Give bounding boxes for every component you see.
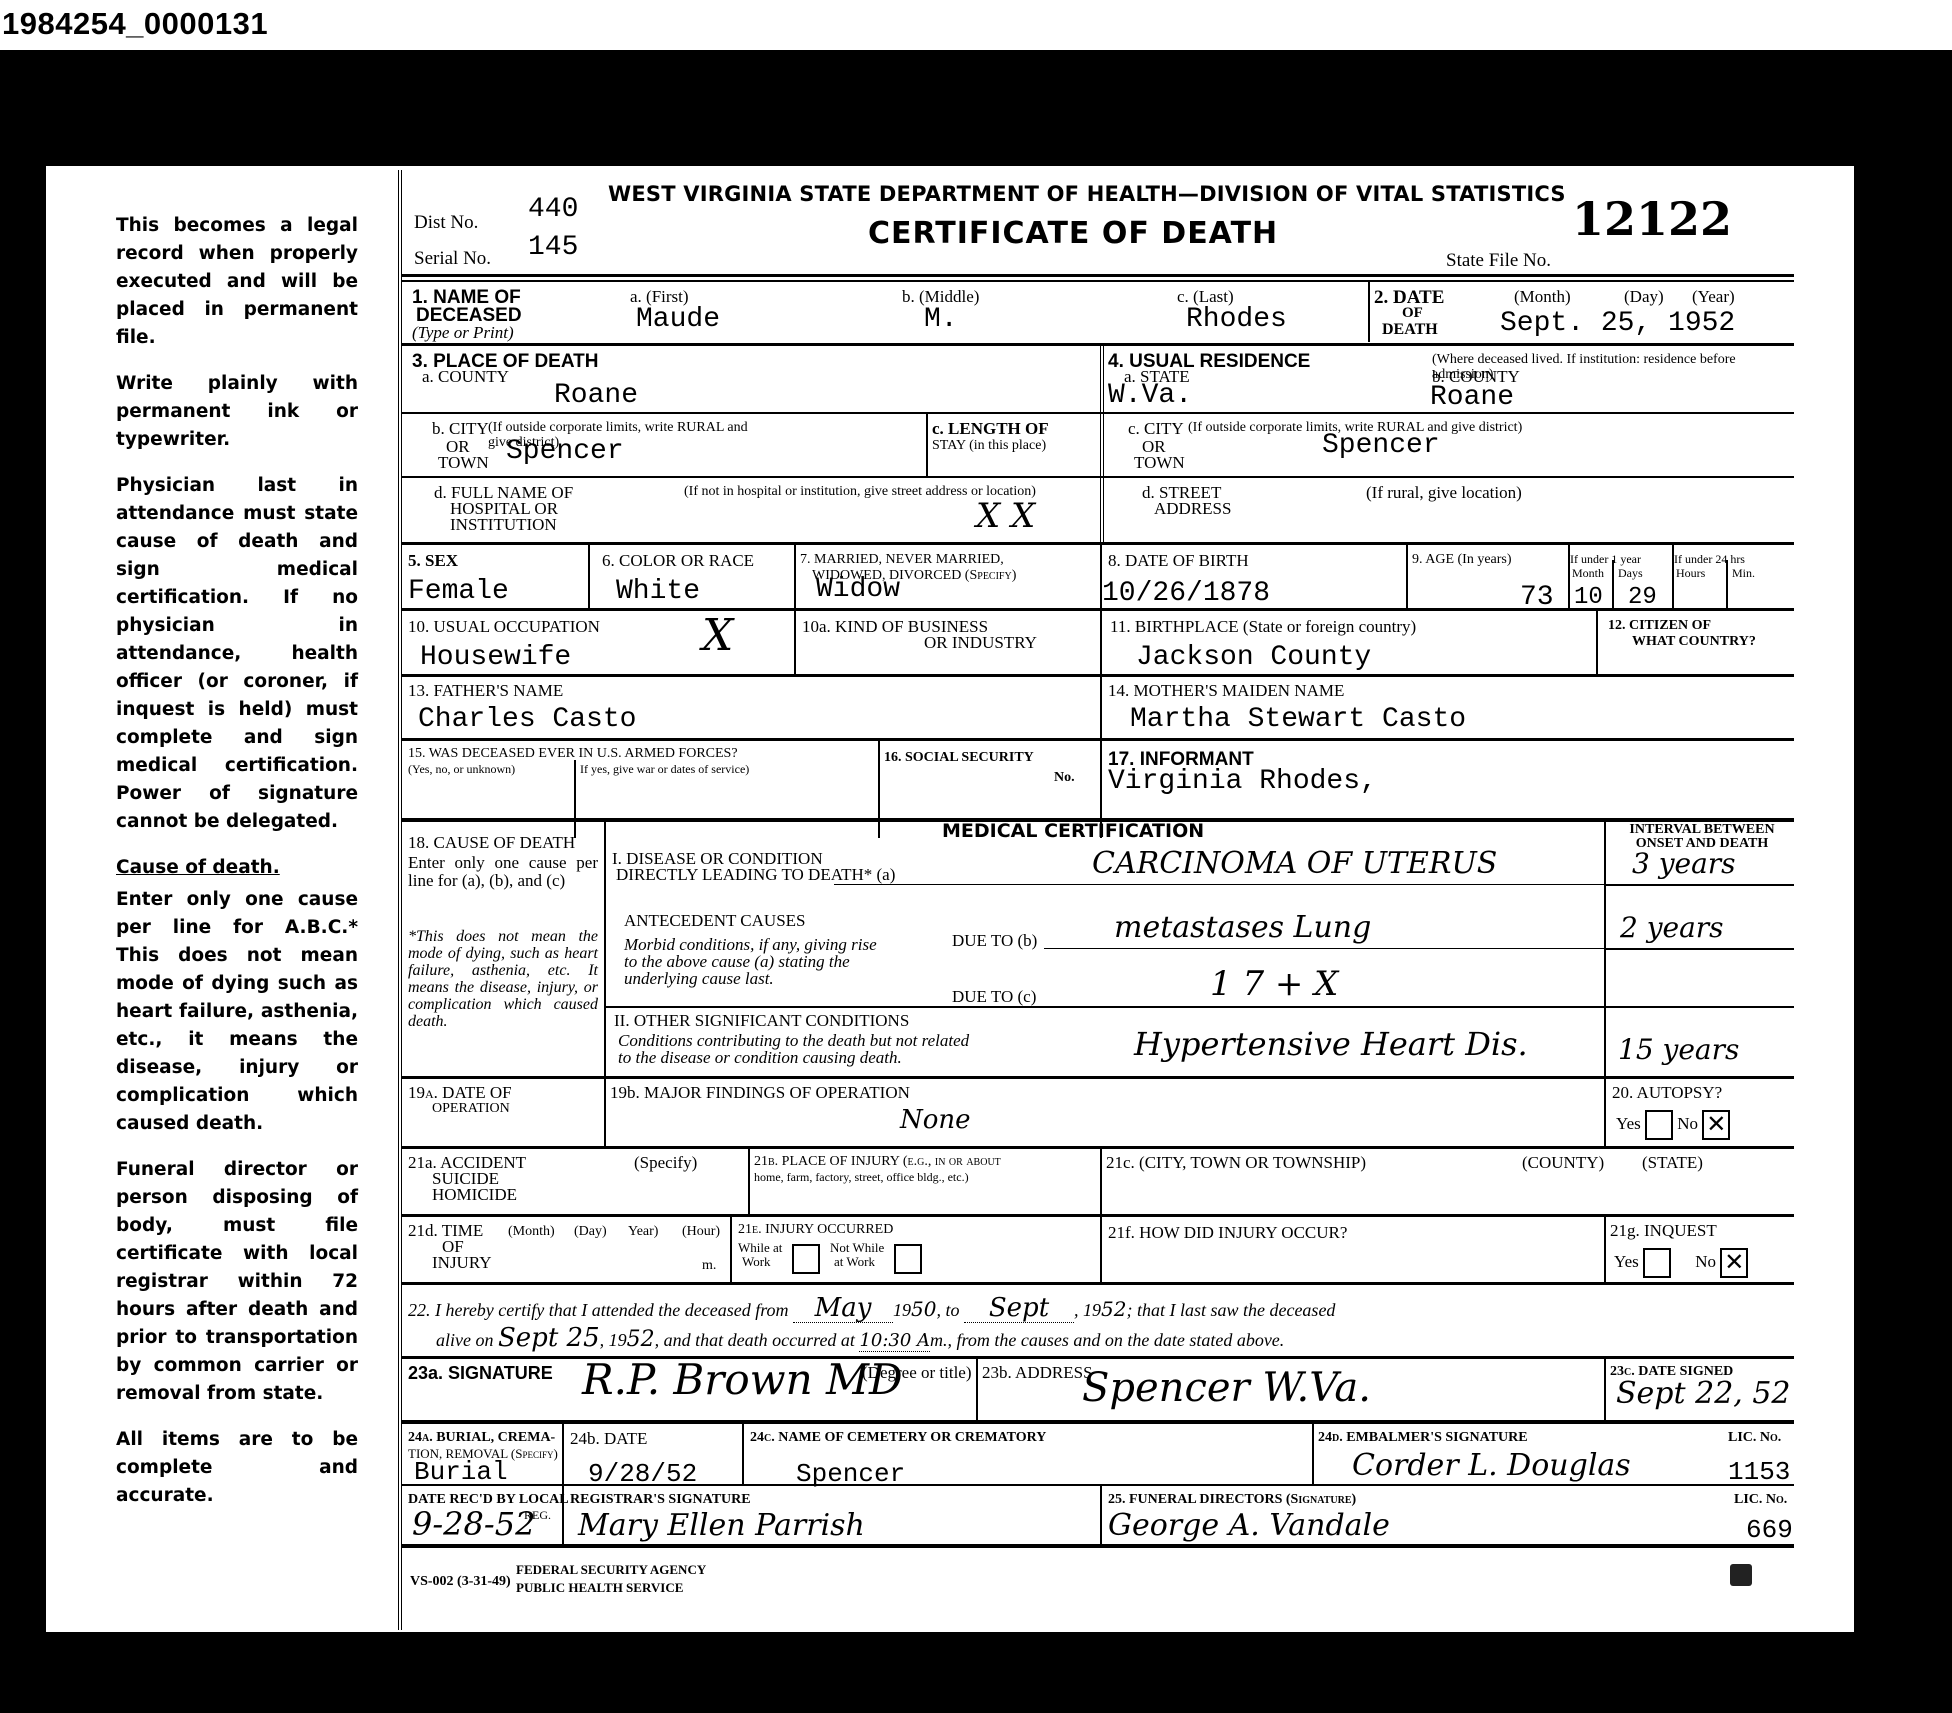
alive-on-text: alive on <box>436 1330 493 1350</box>
marital-value: Widow <box>816 576 900 604</box>
date-of-death-label-death: DEATH <box>1382 320 1438 339</box>
date-of-death-value: Sept. 25, 1952 <box>1500 310 1735 338</box>
certificate-form: WEST VIRGINIA STATE DEPARTMENT OF HEALTH… <box>398 170 1794 1630</box>
operation-findings-label: 19b. MAJOR FINDINGS OF OPERATION <box>610 1084 910 1102</box>
first-name-value: Maude <box>636 306 720 334</box>
disposition-label: 24a. BURIAL, CREMA- <box>408 1430 555 1445</box>
while-at-label: While at <box>738 1240 782 1255</box>
death-city-value: Spencer <box>506 438 624 466</box>
certify-statement-line2: alive on Sept 25, 1952, and that death o… <box>436 1324 1284 1355</box>
citizenship-label: 12. CITIZEN OF <box>1608 618 1711 633</box>
residence-city-value: Spencer <box>1322 432 1440 460</box>
injury-city-label: 21c. (CITY, TOWN OR TOWNSHIP) <box>1106 1154 1366 1172</box>
funeral-lic-value: 669 <box>1746 1516 1793 1544</box>
attended-from-month: May <box>793 1294 893 1323</box>
death-city-town: TOWN <box>438 454 489 472</box>
instruction-legal: This becomes a legal record when properl… <box>116 212 358 352</box>
birth-date-value: 10/26/1878 <box>1102 580 1270 608</box>
alive-year-prefix: , 19 <box>600 1330 627 1350</box>
injury-month-label: (Month) <box>508 1224 555 1239</box>
from-year-prefix: 19 <box>893 1300 911 1320</box>
sex-value: Female <box>408 578 509 606</box>
cause-of-death-footnote: *This does not mean the mode of dying, s… <box>408 928 598 1030</box>
street-note: (If rural, give location) <box>1366 484 1522 502</box>
citizenship-label-2: WHAT COUNTRY? <box>1632 634 1756 649</box>
to-text: , to <box>937 1300 960 1320</box>
under-one-year-label: If under 1 year <box>1570 552 1641 567</box>
type-or-print-label: (Type or Print) <box>412 324 514 341</box>
physician-address-label: 23b. ADDRESS <box>982 1364 1093 1382</box>
to-year-prefix: 19 <box>1083 1300 1101 1320</box>
degree-label: (Degree or title) <box>862 1364 972 1382</box>
disposition-value: Burial <box>414 1458 508 1486</box>
death-time-value: 10:30 A <box>859 1330 930 1352</box>
hours-label: Hours <box>1676 566 1705 581</box>
middle-name-value: M. <box>924 306 958 334</box>
disease-condition-label-2: DIRECTLY LEADING TO DEATH* (a) <box>616 866 895 884</box>
father-name-label: 13. FATHER'S NAME <box>408 682 563 700</box>
injury-time-label-3: INJURY <box>432 1254 492 1272</box>
antecedent-causes-label: ANTECEDENT CAUSES <box>624 912 806 930</box>
inquest-label: 21g. INQUEST <box>1610 1222 1717 1240</box>
instruction-cause-heading: Cause of death. <box>116 854 358 882</box>
year-label: (Year) <box>1692 288 1735 306</box>
residence-city-label: c. CITY <box>1128 420 1184 438</box>
funeral-director-signature: George A. Vandale <box>1108 1512 1390 1540</box>
cause-b-value: metastases Lung <box>1114 914 1371 942</box>
business-label-2: OR INDUSTRY <box>924 634 1037 652</box>
instruction-physician: Physician last in attendance must state … <box>116 472 358 836</box>
autopsy-yes-checkbox[interactable] <box>1645 1110 1673 1140</box>
at-work-label: at Work <box>834 1254 875 1269</box>
birth-date-label: 8. DATE OF BIRTH <box>1108 552 1249 570</box>
homicide-label: HOMICIDE <box>432 1186 517 1204</box>
physician-address-value: Spencer W.Va. <box>1082 1374 1371 1402</box>
death-county-value: Roane <box>554 382 638 410</box>
document-id: 1984254_0000131 <box>2 6 268 42</box>
attended-to-year: 52 <box>1101 1297 1126 1321</box>
embalmer-signature-label: 24d. EMBALMER'S SIGNATURE <box>1318 1430 1528 1445</box>
not-while-at-work-checkbox[interactable] <box>894 1244 922 1274</box>
autopsy-label: 20. AUTOPSY? <box>1612 1084 1722 1102</box>
street-address-label-2: ADDRESS <box>1154 500 1231 518</box>
day-label: (Day) <box>1624 288 1664 306</box>
last-seen-year: 52 <box>627 1327 655 1352</box>
antecedent-note: Morbid conditions, if any, giving rise t… <box>624 936 884 987</box>
not-while-label: Not While <box>830 1240 884 1255</box>
due-to-c-label: DUE TO (c) <box>952 988 1036 1006</box>
length-of-stay-label: c. LENGTH OF <box>932 420 1049 438</box>
instruction-write: Write plainly with permanent ink or type… <box>116 370 358 454</box>
race-label: 6. COLOR OR RACE <box>602 552 754 570</box>
under-24-hours-label: If under 24 hrs <box>1674 552 1745 567</box>
marital-label: 7. MARRIED, NEVER MARRIED, <box>800 552 1004 567</box>
embalmer-lic-label: LIC. No. <box>1728 1430 1781 1445</box>
birthplace-label: 11. BIRTHPLACE (State or foreign country… <box>1110 618 1416 636</box>
autopsy-no-label: No <box>1677 1114 1698 1133</box>
certificate-title: CERTIFICATE OF DEATH <box>868 216 1278 251</box>
occupation-value: Housewife <box>420 644 571 672</box>
injury-m-label: m. <box>702 1258 716 1273</box>
autopsy-no-checkbox[interactable]: ✕ <box>1702 1110 1730 1140</box>
serial-no-label: Serial No. <box>414 250 491 268</box>
death-occurred-text: , and that death occurred at <box>655 1330 855 1350</box>
date-received-value: 9-28-52 <box>412 1510 535 1538</box>
last-saw-text: ; that I last saw the deceased <box>1126 1300 1335 1320</box>
registrar-signature: Mary Ellen Parrish <box>578 1512 865 1540</box>
accident-specify-label: (Specify) <box>634 1154 697 1172</box>
medical-certification-heading: MEDICAL CERTIFICATION <box>942 822 1204 841</box>
other-conditions-note: Conditions contributing to the death but… <box>618 1032 978 1066</box>
work-label: Work <box>742 1254 771 1269</box>
embalmer-lic-value: 1153 <box>1728 1458 1790 1486</box>
inquest-no-checkbox[interactable]: ✕ <box>1720 1248 1748 1278</box>
hospital-value: X X <box>976 502 1035 530</box>
union-bug-icon <box>1730 1564 1752 1586</box>
operation-findings-value: None <box>900 1106 971 1134</box>
cemetery-label: 24c. NAME OF CEMETERY OR CREMATORY <box>750 1430 1046 1445</box>
injury-place-label: 21b. PLACE OF INJURY (e.g., in or about <box>754 1154 1001 1169</box>
injury-hour-label: (Hour) <box>682 1224 720 1239</box>
armed-forces-sub1: (Yes, no, or unknown) <box>408 762 515 777</box>
father-name-value: Charles Casto <box>418 706 636 734</box>
other-interval-value: 15 years <box>1618 1036 1739 1064</box>
hospital-label-3: INSTITUTION <box>450 516 557 534</box>
instructions-sidebar: This becomes a legal record when properl… <box>68 212 358 1528</box>
informant-value: Virginia Rhodes, <box>1108 768 1377 796</box>
funeral-lic-label: LIC. No. <box>1734 1492 1787 1507</box>
days-label: Days <box>1618 566 1643 581</box>
other-conditions-value: Hypertensive Heart Dis. <box>1134 1030 1528 1058</box>
occupation-label: 10. USUAL OCCUPATION <box>408 618 600 636</box>
dist-no-value: 440 <box>528 196 578 224</box>
mother-name-label: 14. MOTHER'S MAIDEN NAME <box>1108 682 1344 700</box>
cause-of-death-note: Enter only one cause per line for (a), (… <box>408 854 598 890</box>
social-security-no-label: No. <box>1054 770 1075 785</box>
federal-agency-label: FEDERAL SECURITY AGENCY <box>516 1562 706 1577</box>
certify-text: 22. I hereby certify that I attended the… <box>408 1300 789 1320</box>
certify-statement-line1: 22. I hereby certify that I attended the… <box>408 1294 1335 1323</box>
agency-heading: WEST VIRGINIA STATE DEPARTMENT OF HEALTH… <box>608 182 1566 206</box>
last-seen-date: Sept 25 <box>498 1323 600 1353</box>
operation-date-label-2: OPERATION <box>432 1100 510 1118</box>
injury-occurred-label: 21e. INJURY OCCURRED <box>738 1222 893 1237</box>
serial-no-value: 145 <box>528 234 578 262</box>
occupation-x-mark: X <box>702 622 733 650</box>
residence-city-town: TOWN <box>1134 454 1185 472</box>
injury-day-label: (Day) <box>574 1224 607 1239</box>
last-name-value: Rhodes <box>1186 306 1287 334</box>
attended-from-year: 50 <box>911 1297 936 1321</box>
inquest-no-label: No <box>1695 1252 1716 1271</box>
birthplace-value: Jackson County <box>1136 644 1371 672</box>
instruction-cause: Enter only one cause per line for A.B.C.… <box>116 886 358 1138</box>
dist-no-label: Dist No. <box>414 214 478 232</box>
inquest-yes-checkbox[interactable] <box>1643 1248 1671 1278</box>
date-signed-value: Sept 22, 52 <box>1616 1380 1791 1408</box>
armed-forces-sub2: If yes, give war or dates of service) <box>580 762 749 777</box>
age-label: 9. AGE (In years) <box>1412 552 1512 567</box>
injury-county-label: (COUNTY) <box>1522 1154 1604 1172</box>
public-health-label: PUBLIC HEALTH SERVICE <box>516 1580 683 1595</box>
other-conditions-label: II. OTHER SIGNIFICANT CONDITIONS <box>614 1012 909 1030</box>
state-file-stamp: 12122 <box>1572 192 1732 246</box>
residence-city-note: (If outside corporate limits, write RURA… <box>1188 420 1788 435</box>
injury-state-label: (STATE) <box>1642 1154 1703 1172</box>
residence-county-value: Roane <box>1430 384 1514 412</box>
embalmer-signature: Corder L. Douglas <box>1352 1452 1631 1480</box>
sex-label: 5. SEX <box>408 552 458 570</box>
inquest-options: Yes No ✕ <box>1614 1248 1748 1278</box>
signature-label: 23a. SIGNATURE <box>408 1364 553 1383</box>
state-file-label: State File No. <box>1446 252 1551 270</box>
due-to-b-label: DUE TO (b) <box>952 932 1037 950</box>
cause-c-value: 1 7 + X <box>1210 970 1338 998</box>
physician-signature: R.P. Brown MD <box>582 1366 903 1394</box>
armed-forces-label: 15. WAS DECEASED EVER IN U.S. ARMED FORC… <box>408 746 738 761</box>
cause-a-value: CARCINOMA OF UTERUS <box>1092 850 1497 878</box>
residence-state-value: W.Va. <box>1108 382 1192 410</box>
attended-to-month: Sept <box>964 1294 1074 1323</box>
death-city-label: b. CITY <box>432 420 489 438</box>
instruction-complete: All items are to be complete and accurat… <box>116 1426 358 1510</box>
instruction-funeral: Funeral director or person disposing of … <box>116 1156 358 1408</box>
months-label: Month <box>1572 566 1604 581</box>
injury-place-label-2: home, farm, factory, street, office bldg… <box>754 1170 969 1185</box>
funeral-director-label: 25. FUNERAL DIRECTORS (Signature) <box>1108 1492 1356 1507</box>
injury-how-label: 21f. HOW DID INJURY OCCUR? <box>1108 1224 1347 1242</box>
while-at-work-checkbox[interactable] <box>792 1244 820 1274</box>
top-banner: 1984254_0000131 <box>0 0 1952 50</box>
inquest-yes-label: Yes <box>1614 1252 1639 1271</box>
autopsy-options: Yes No ✕ <box>1616 1110 1730 1140</box>
autopsy-yes-label: Yes <box>1616 1114 1641 1133</box>
registrar-signature-label: REGISTRAR'S SIGNATURE <box>570 1492 751 1507</box>
from-causes-text: m., from the causes and on the date stat… <box>930 1330 1284 1350</box>
social-security-label: 16. SOCIAL SECURITY <box>884 750 1034 765</box>
injury-year-label: Year) <box>628 1224 658 1239</box>
form-number: VS-002 (3-31-49) <box>410 1574 511 1589</box>
death-county-label: a. COUNTY <box>422 368 509 386</box>
disposition-date-label: 24b. DATE <box>570 1430 647 1448</box>
race-value: White <box>616 578 700 606</box>
interval-label: INTERVAL BETWEEN <box>1612 822 1792 837</box>
length-of-stay-sub: STAY (in this place) <box>932 438 1046 453</box>
month-label: (Month) <box>1514 288 1571 306</box>
interval-b-value: 2 years <box>1620 914 1724 942</box>
mother-name-value: Martha Stewart Casto <box>1130 706 1466 734</box>
interval-a-value: 3 years <box>1632 850 1736 878</box>
minutes-label: Min. <box>1732 566 1755 581</box>
cause-of-death-label: 18. CAUSE OF DEATH <box>408 834 575 852</box>
